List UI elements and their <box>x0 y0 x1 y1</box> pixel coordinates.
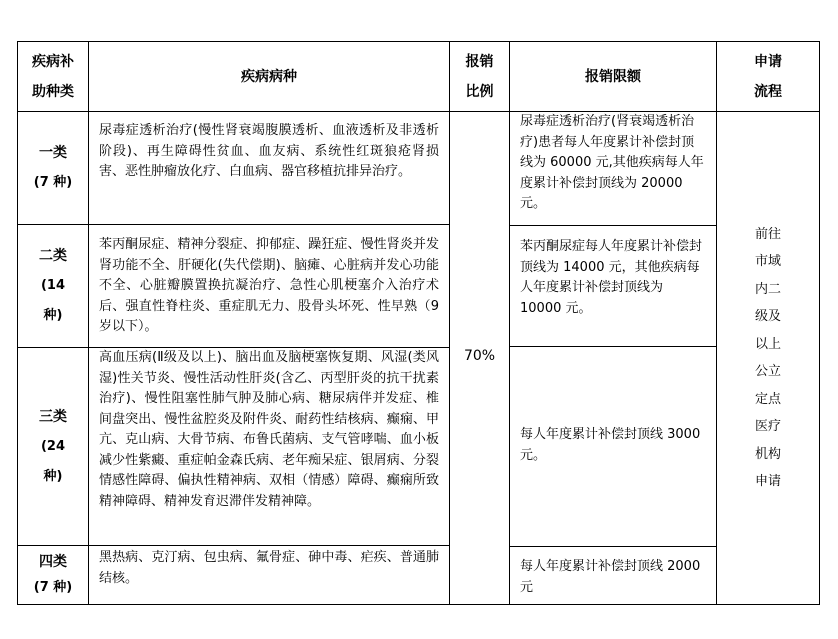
header-ratio-line1: 报销 <box>466 47 494 77</box>
process-line: 市域 <box>755 248 781 276</box>
header-ratio: 报销 比例 <box>450 42 509 111</box>
category-count-line2: 种) <box>44 462 63 492</box>
disease-list-3: 高血压病(Ⅱ级及以上)、脑出血及脑梗塞恢复期、风湿(类风湿)性关节炎、慢性活动性… <box>89 348 449 512</box>
header-process: 申请 流程 <box>717 42 819 111</box>
header-category-line2: 助种类 <box>32 77 74 107</box>
limit-cell-4: 每人年度累计补偿封顶线 2000 元 <box>510 557 716 598</box>
category-count-line1: (14 <box>41 271 65 301</box>
header-disease-label: 疾病病种 <box>241 62 297 92</box>
header-process-line2: 流程 <box>754 77 782 107</box>
row-divider-3-limit <box>509 546 717 547</box>
category-cell-2: 二类 (14 种) <box>18 225 88 347</box>
header-process-line1: 申请 <box>754 47 782 77</box>
header-disease: 疾病病种 <box>89 42 449 111</box>
header-category-line1: 疾病补 <box>32 47 74 77</box>
disease-list-2: 苯丙酮尿症、精神分裂症、抑郁症、躁狂症、慢性肾炎并发肾功能不全、肝硬化(失代偿期… <box>89 235 449 338</box>
header-ratio-line2: 比例 <box>466 77 494 107</box>
category-cell-4: 四类 (7 种) <box>18 546 88 604</box>
col-divider-2 <box>449 41 450 605</box>
row-divider-1-limit <box>509 225 717 226</box>
category-count: (7 种) <box>34 575 72 601</box>
disease-list-1: 尿毒症透析治疗(慢性肾衰竭腹膜透析、血液透析及非透析阶段)、再生障碍性贫血、血友… <box>89 121 449 183</box>
limit-cell-2: 苯丙酮尿症每人年度累计补偿封顶线为 14000 元，其他疾病每人年度累计补偿封顶… <box>510 237 716 319</box>
process-line: 机构 <box>755 441 781 469</box>
category-cell-1: 一类 (7 种) <box>18 112 88 224</box>
header-limit-label: 报销限额 <box>585 62 641 92</box>
process-line: 级及 <box>755 303 781 331</box>
process-line: 定点 <box>755 386 781 414</box>
limit-cell-3: 每人年度累计补偿封顶线 3000 元。 <box>510 425 716 466</box>
table-right-border <box>819 41 820 605</box>
category-count: (7 种) <box>34 168 72 198</box>
process-line: 公立 <box>755 358 781 386</box>
header-limit: 报销限额 <box>510 42 716 111</box>
process-line: 内二 <box>755 276 781 304</box>
category-count-line1: (24 <box>41 432 65 462</box>
category-name: 一类 <box>39 138 67 168</box>
process-line: 前往 <box>755 221 781 249</box>
process-line: 申请 <box>755 468 781 496</box>
limit-cell-1: 尿毒症透析治疗(肾衰竭透析治疗)患者每人年度累计补偿封顶线为 60000 元,其… <box>510 112 716 215</box>
application-process: 前往 市域 内二 级及 以上 公立 定点 医疗 机构 申请 <box>717 112 819 604</box>
header-category: 疾病补 助种类 <box>18 42 88 111</box>
category-name: 二类 <box>39 241 67 271</box>
category-name: 四类 <box>39 549 67 575</box>
reimbursement-ratio: 70% <box>450 348 509 364</box>
disease-list-4: 黑热病、克汀病、包虫病、氟骨症、砷中毒、疟疾、普通肺结核。 <box>89 548 449 589</box>
process-line: 以上 <box>755 331 781 359</box>
table-bottom-border <box>17 604 820 605</box>
row-divider-2-limit <box>509 346 717 347</box>
category-name: 三类 <box>39 402 67 432</box>
process-line: 医疗 <box>755 413 781 441</box>
category-count-line2: 种) <box>44 301 63 331</box>
category-cell-3: 三类 (24 种) <box>18 348 88 545</box>
